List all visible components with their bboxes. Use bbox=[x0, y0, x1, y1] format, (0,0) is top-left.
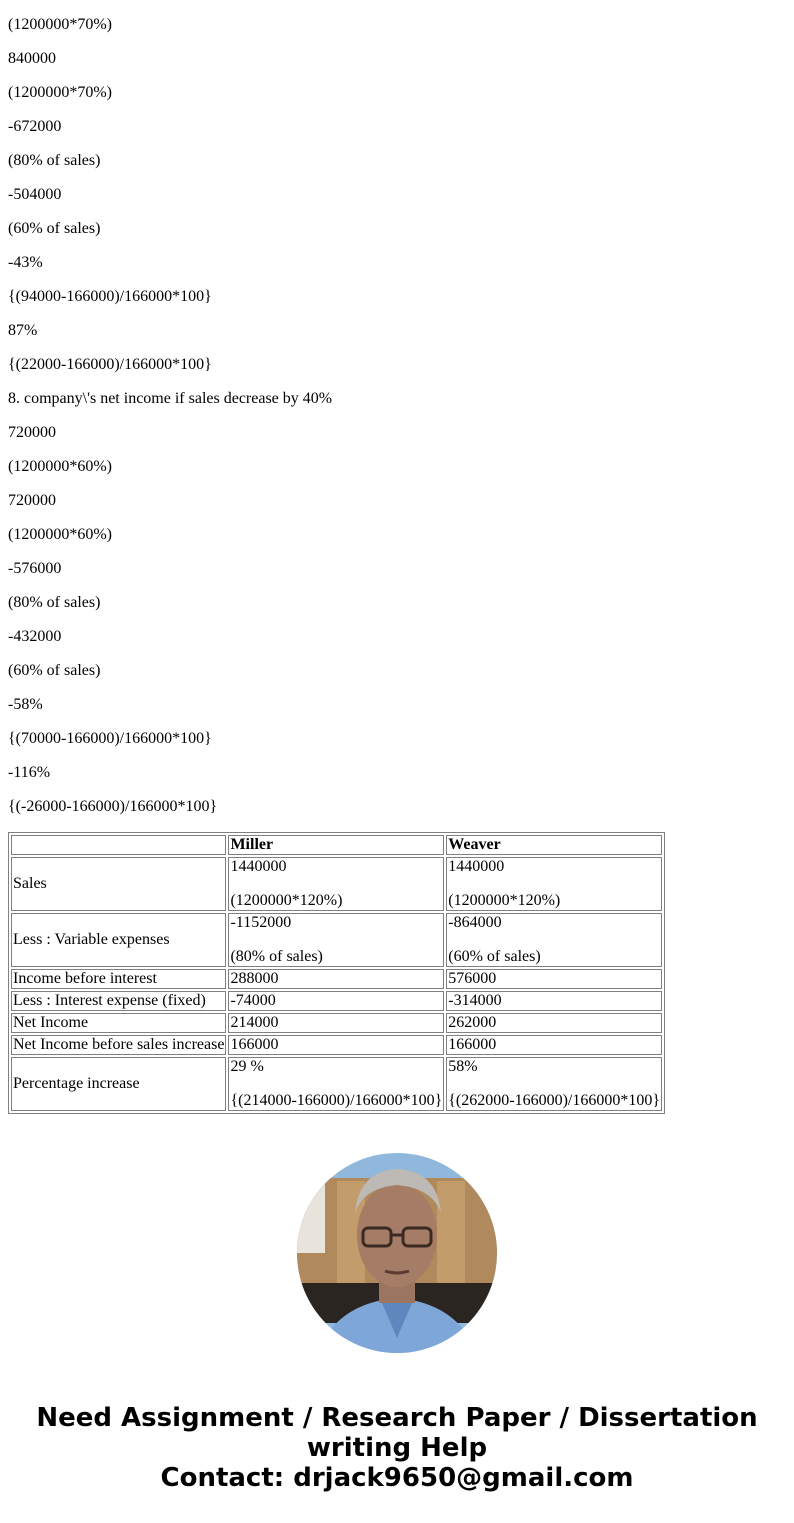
table-row: Income before interest288000576000 bbox=[11, 969, 662, 989]
weaver-value-cell: 262000 bbox=[446, 1013, 662, 1033]
table-row: Percentage increase29 %{(214000-166000)/… bbox=[11, 1057, 662, 1111]
calc-line: {(-26000-166000)/166000*100} bbox=[8, 798, 786, 816]
table-row: Net Income before sales increase16600016… bbox=[11, 1035, 662, 1055]
miller-value-cell: 288000 bbox=[228, 969, 444, 989]
table-header-row: Miller Weaver bbox=[11, 835, 662, 855]
miller-value: 288000 bbox=[230, 970, 442, 988]
calc-line: (1200000*70%) bbox=[8, 16, 786, 34]
avatar bbox=[297, 1153, 497, 1353]
miller-formula: (80% of sales) bbox=[230, 948, 442, 966]
miller-value-cell: 29 %{(214000-166000)/166000*100} bbox=[228, 1057, 444, 1111]
calc-line: -58% bbox=[8, 696, 786, 714]
weaver-value: 166000 bbox=[448, 1036, 660, 1054]
table-row: Net Income214000262000 bbox=[11, 1013, 662, 1033]
row-label: Income before interest bbox=[11, 969, 226, 989]
weaver-value: -864000 bbox=[448, 914, 660, 932]
weaver-formula: {(262000-166000)/166000*100} bbox=[448, 1092, 660, 1110]
calc-line: -672000 bbox=[8, 118, 786, 136]
weaver-value: 58% bbox=[448, 1058, 660, 1076]
miller-formula: {(214000-166000)/166000*100} bbox=[230, 1092, 442, 1110]
calc-line: -504000 bbox=[8, 186, 786, 204]
calc-line: (60% of sales) bbox=[8, 220, 786, 238]
weaver-value-cell: -314000 bbox=[446, 991, 662, 1011]
calc-line: 8. company\'s net income if sales decrea… bbox=[8, 390, 786, 408]
calc-line: -116% bbox=[8, 764, 786, 782]
row-label: Less : Variable expenses bbox=[11, 913, 226, 967]
calc-line: 840000 bbox=[8, 50, 786, 68]
calculation-paragraphs: (1200000*70%)840000(1200000*70%)-672000(… bbox=[8, 16, 786, 816]
header-empty bbox=[11, 835, 226, 855]
promo-line-1: Need Assignment / Research Paper / Disse… bbox=[0, 1403, 794, 1433]
calc-line: 720000 bbox=[8, 424, 786, 442]
calc-line: -43% bbox=[8, 254, 786, 272]
calc-line: (1200000*60%) bbox=[8, 526, 786, 544]
row-label: Net Income before sales increase bbox=[11, 1035, 226, 1055]
document-body: (1200000*70%)840000(1200000*70%)-672000(… bbox=[0, 16, 794, 1114]
row-label: Less : Interest expense (fixed) bbox=[11, 991, 226, 1011]
weaver-value-cell: 166000 bbox=[446, 1035, 662, 1055]
promo-line-2: writing Help bbox=[0, 1433, 794, 1463]
miller-value-cell: 214000 bbox=[228, 1013, 444, 1033]
miller-value: 214000 bbox=[230, 1014, 442, 1032]
weaver-value: 1440000 bbox=[448, 858, 660, 876]
weaver-value: 576000 bbox=[448, 970, 660, 988]
weaver-formula: (1200000*120%) bbox=[448, 892, 660, 910]
calc-line: (60% of sales) bbox=[8, 662, 786, 680]
header-weaver: Weaver bbox=[446, 835, 662, 855]
promo-contact: Contact: drjack9650@gmail.com bbox=[0, 1463, 794, 1493]
miller-value: -74000 bbox=[230, 992, 442, 1010]
miller-value-cell: 1440000(1200000*120%) bbox=[228, 857, 444, 911]
row-label: Net Income bbox=[11, 1013, 226, 1033]
miller-value-cell: 166000 bbox=[228, 1035, 444, 1055]
table-row: Sales1440000(1200000*120%)1440000(120000… bbox=[11, 857, 662, 911]
miller-value-cell: -74000 bbox=[228, 991, 444, 1011]
calc-line: (80% of sales) bbox=[8, 594, 786, 612]
row-label: Sales bbox=[11, 857, 226, 911]
weaver-value: 262000 bbox=[448, 1014, 660, 1032]
calc-line: {(70000-166000)/166000*100} bbox=[8, 730, 786, 748]
miller-value: -1152000 bbox=[230, 914, 442, 932]
calc-line: -432000 bbox=[8, 628, 786, 646]
comparison-table: Miller Weaver Sales1440000(1200000*120%)… bbox=[8, 832, 665, 1114]
calc-line: -576000 bbox=[8, 560, 786, 578]
table-row: Less : Interest expense (fixed)-74000-31… bbox=[11, 991, 662, 1011]
miller-value: 166000 bbox=[230, 1036, 442, 1054]
promo-banner: Need Assignment / Research Paper / Disse… bbox=[0, 1403, 794, 1493]
miller-value: 1440000 bbox=[230, 858, 442, 876]
weaver-value-cell: -864000(60% of sales) bbox=[446, 913, 662, 967]
miller-value-cell: -1152000(80% of sales) bbox=[228, 913, 444, 967]
calc-line: 87% bbox=[8, 322, 786, 340]
calc-line: {(22000-166000)/166000*100} bbox=[8, 356, 786, 374]
weaver-formula: (60% of sales) bbox=[448, 948, 660, 966]
weaver-value-cell: 576000 bbox=[446, 969, 662, 989]
calc-line: (1200000*70%) bbox=[8, 84, 786, 102]
calc-line: (80% of sales) bbox=[8, 152, 786, 170]
weaver-value: -314000 bbox=[448, 992, 660, 1010]
calc-line: 720000 bbox=[8, 492, 786, 510]
calc-line: {(94000-166000)/166000*100} bbox=[8, 288, 786, 306]
table-row: Less : Variable expenses-1152000(80% of … bbox=[11, 913, 662, 967]
header-miller: Miller bbox=[228, 835, 444, 855]
weaver-value-cell: 58%{(262000-166000)/166000*100} bbox=[446, 1057, 662, 1111]
row-label: Percentage increase bbox=[11, 1057, 226, 1111]
weaver-value-cell: 1440000(1200000*120%) bbox=[446, 857, 662, 911]
calc-line: (1200000*60%) bbox=[8, 458, 786, 476]
person-photo-icon bbox=[297, 1153, 497, 1353]
miller-value: 29 % bbox=[230, 1058, 442, 1076]
miller-formula: (1200000*120%) bbox=[230, 892, 442, 910]
